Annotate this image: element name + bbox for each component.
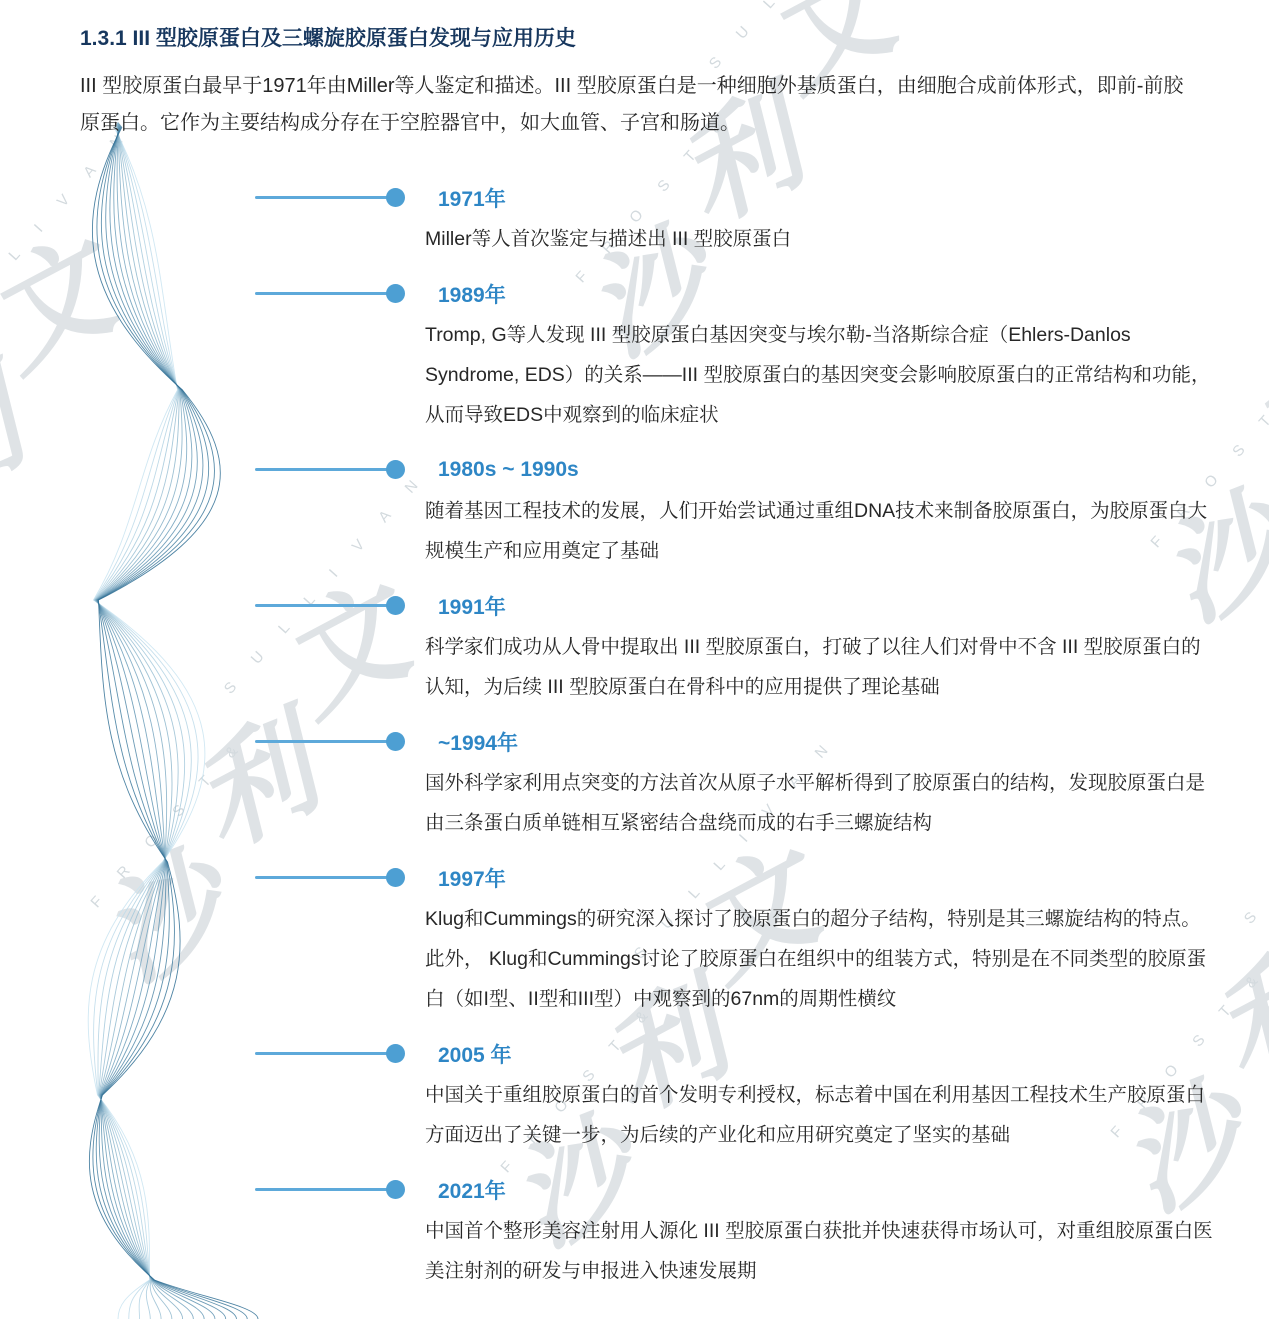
- timeline-dot-icon: [386, 868, 405, 887]
- timeline-entry: 1997年 Klug和Cummings的研究深入探讨了胶原蛋白的超分子结构，特别…: [255, 864, 1195, 1019]
- timeline-entry: 1971年 Miller等人首次鉴定与描述出 III 型胶原蛋白: [255, 184, 1195, 259]
- timeline-year-row: 1980s ~ 1990s: [255, 456, 1195, 483]
- year-label: 1991年: [438, 591, 506, 621]
- entry-description: 科学家们成功从人骨中提取出 III 型胶原蛋白，打破了以往人们对骨中不含 III…: [425, 627, 1215, 707]
- year-label: 2021年: [438, 1175, 506, 1205]
- timeline-year-row: 1991年: [255, 592, 1195, 619]
- page-content: 1.3.1 III 型胶原蛋白及三螺旋胶原蛋白发现与应用历史 III 型胶原蛋白…: [0, 0, 1269, 1291]
- report-page: 沙利文F R O S T &S U L L I V A N沙利文F R O S …: [0, 0, 1269, 1319]
- timeline-year-row: 2005 年: [255, 1040, 1195, 1067]
- timeline-dot-icon: [386, 284, 405, 303]
- timeline-year-row: 1971年: [255, 184, 1195, 211]
- timeline-dot-icon: [386, 460, 405, 479]
- connector-line: [255, 876, 388, 879]
- timeline-entry: 1989年 Tromp, G等人发现 III 型胶原蛋白基因突变与埃尔勒-当洛斯…: [255, 280, 1195, 435]
- year-label: ~1994年: [438, 727, 518, 757]
- entry-description: 国外科学家利用点突变的方法首次从原子水平解析得到了胶原蛋白的结构，发现胶原蛋白是…: [425, 763, 1215, 843]
- timeline-dot-icon: [386, 1180, 405, 1199]
- timeline-entry: 2021年 中国首个整形美容注射用人源化 III 型胶原蛋白获批并快速获得市场认…: [255, 1176, 1195, 1291]
- timeline-entry: 1991年 科学家们成功从人骨中提取出 III 型胶原蛋白，打破了以往人们对骨中…: [255, 592, 1195, 707]
- timeline-entry: ~1994年 国外科学家利用点突变的方法首次从原子水平解析得到了胶原蛋白的结构，…: [255, 728, 1195, 843]
- entry-description: 中国首个整形美容注射用人源化 III 型胶原蛋白获批并快速获得市场认可，对重组胶…: [425, 1211, 1215, 1291]
- timeline-entry: 1980s ~ 1990s 随着基因工程技术的发展，人们开始尝试通过重组DNA技…: [255, 456, 1195, 571]
- year-label: 1980s ~ 1990s: [438, 458, 579, 482]
- intro-paragraph: III 型胶原蛋白最早于1971年由Miller等人鉴定和描述。III 型胶原蛋…: [80, 68, 1192, 142]
- page-title: 1.3.1 III 型胶原蛋白及三螺旋胶原蛋白发现与应用历史: [80, 26, 1195, 52]
- timeline-dot-icon: [386, 596, 405, 615]
- year-label: 2005 年: [438, 1039, 512, 1069]
- timeline-dot-icon: [386, 732, 405, 751]
- entry-description: 随着基因工程技术的发展，人们开始尝试通过重组DNA技术来制备胶原蛋白，为胶原蛋白…: [425, 491, 1215, 571]
- timeline-dot-icon: [386, 1044, 405, 1063]
- connector-line: [255, 740, 388, 743]
- connector-line: [255, 468, 388, 471]
- year-label: 1971年: [438, 183, 506, 213]
- timeline-year-row: 1989年: [255, 280, 1195, 307]
- connector-line: [255, 604, 388, 607]
- timeline-year-row: 1997年: [255, 864, 1195, 891]
- timeline-year-row: ~1994年: [255, 728, 1195, 755]
- year-label: 1997年: [438, 863, 506, 893]
- timeline: 1971年 Miller等人首次鉴定与描述出 III 型胶原蛋白 1989年 T…: [255, 184, 1195, 1291]
- entry-description: 中国关于重组胶原蛋白的首个发明专利授权，标志着中国在利用基因工程技术生产胶原蛋白…: [425, 1075, 1215, 1155]
- timeline-dot-icon: [386, 188, 405, 207]
- entry-description: Klug和Cummings的研究深入探讨了胶原蛋白的超分子结构，特别是其三螺旋结…: [425, 899, 1215, 1019]
- entry-description: Tromp, G等人发现 III 型胶原蛋白基因突变与埃尔勒-当洛斯综合症（Eh…: [425, 315, 1215, 435]
- connector-line: [255, 292, 388, 295]
- connector-line: [255, 1052, 388, 1055]
- connector-line: [255, 1188, 388, 1191]
- entry-description: Miller等人首次鉴定与描述出 III 型胶原蛋白: [425, 219, 1215, 259]
- timeline-entry: 2005 年 中国关于重组胶原蛋白的首个发明专利授权，标志着中国在利用基因工程技…: [255, 1040, 1195, 1155]
- timeline-year-row: 2021年: [255, 1176, 1195, 1203]
- year-label: 1989年: [438, 279, 506, 309]
- connector-line: [255, 196, 388, 199]
